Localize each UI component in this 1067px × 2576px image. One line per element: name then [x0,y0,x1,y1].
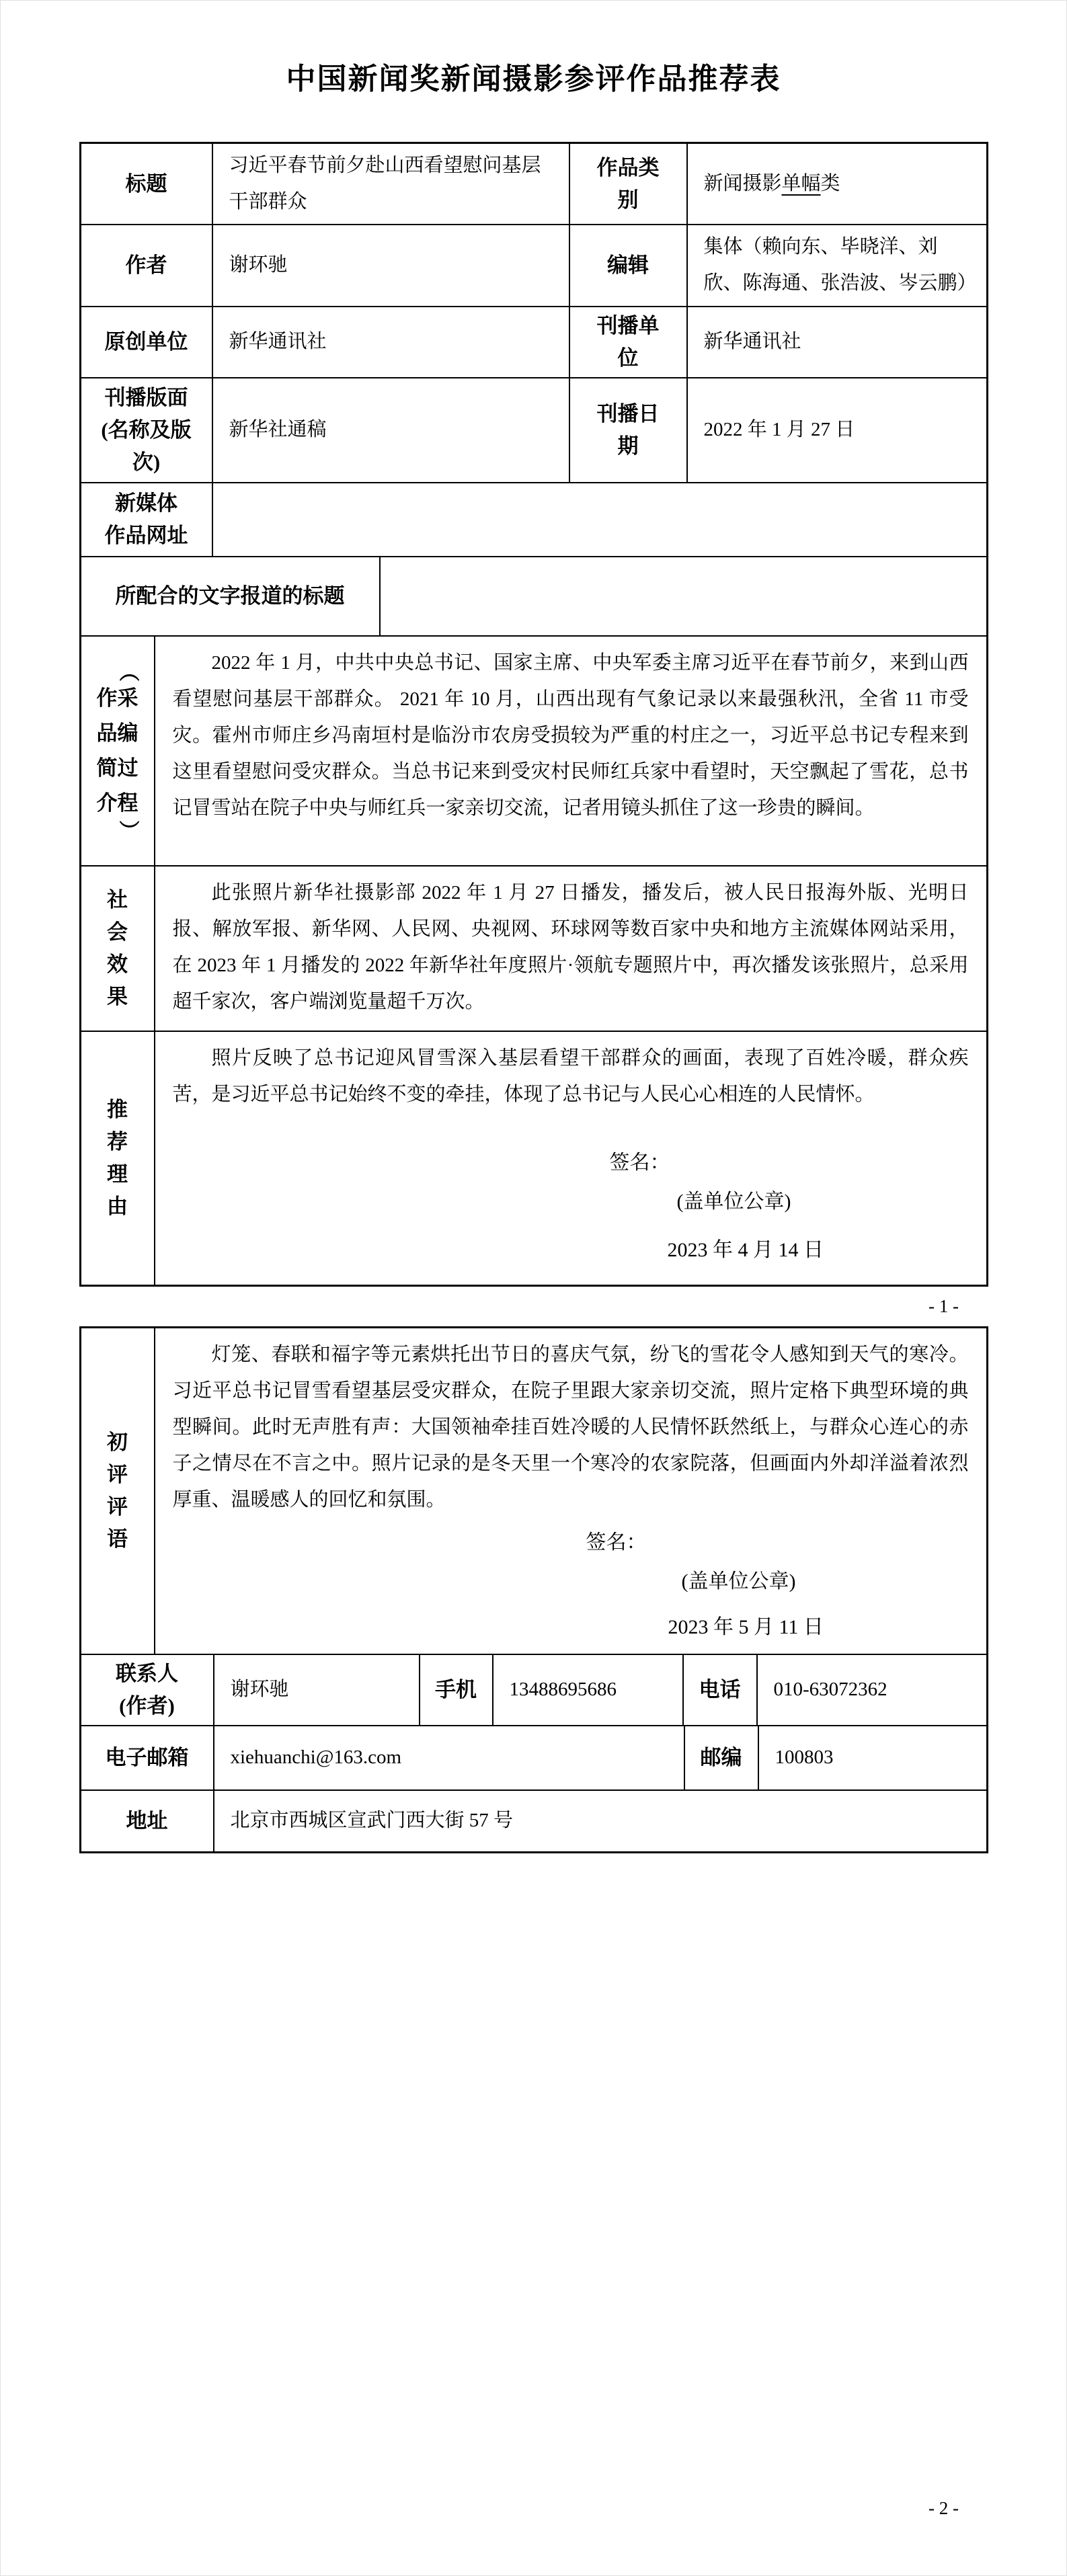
table-row: 地址 北京市西城区宣武门西大街 57 号 [81,1789,986,1851]
seal-note: (盖单位公章) [610,1182,969,1221]
review-signature-block: 签名： (盖单位公章) 2023 年 5 月 11 日 [586,1523,969,1647]
editor-label: 编辑 [570,225,688,305]
table-row: 新媒体 作品网址 [81,482,986,556]
review-table: 初 评 评 语 灯笼、春联和福字等元素烘托出节日的喜庆气氛，纷飞的雪花令人感知到… [79,1326,988,1853]
table-row: 作者 谢环驰 编辑 集体（赖向东、毕晓洋、刘欣、陈海通、张浩波、岑云鹏） [81,224,986,305]
title-value: 习近平春节前夕赴山西看望慰问基层干部群众 [213,144,570,224]
phone-value: 010-63072362 [758,1655,986,1725]
recommend-reason-label: 推 荐 理 由 [81,1032,155,1285]
intro-label-main: 作 品 简 介 [97,681,118,821]
category-label: 作品类 别 [570,144,688,224]
editor-value: 集体（赖向东、毕晓洋、刘欣、陈海通、张浩波、岑云鹏） [688,225,986,305]
layout-label: 刊播版面 (名称及版 次) [81,378,213,482]
publish-date-label: 刊播日 期 [570,378,688,482]
publish-org-label: 刊播单 位 [570,307,688,377]
table-row: 标题 习近平春节前夕赴山西看望慰问基层干部群众 作品类 别 新闻摄影 单幅 类 [81,144,986,224]
table-row: 原创单位 新华通讯社 刊播单 位 新华通讯社 [81,306,986,377]
signature-label: 签名： [586,1523,969,1562]
table-row: 社 会 效 果 此张照片新华社摄影部 2022 年 1 月 27 日播发，播发后… [81,865,986,1031]
email-value: xiehuanchi@163.com [214,1726,685,1789]
author-label: 作者 [81,225,213,305]
recommend-signature-block: 签名： (盖单位公章) 2023 年 4 月 14 日 [610,1143,969,1270]
new-media-url-value [213,483,986,556]
mobile-value: 13488695686 [493,1655,684,1725]
postcode-value: 100803 [759,1726,986,1789]
address-value: 北京市西城区宣武门西大街 57 号 [214,1791,986,1851]
intro-text: 2022 年 1 月，中共中央总书记、国家主席、中央军委主席习近平在春节前夕，来… [173,645,969,826]
table-row: 初 评 评 语 灯笼、春联和福字等元素烘托出节日的喜庆气氛，纷飞的雪花令人感知到… [81,1328,986,1654]
text-report-title-value [381,557,986,635]
social-effect-label: 社 会 效 果 [81,867,155,1031]
postcode-label: 邮编 [685,1726,759,1789]
page-number-2: - 2 - [1,2498,1066,2519]
original-org-value: 新华通讯社 [213,307,570,377]
recommend-reason-text: 照片反映了总书记迎风冒雪深入基层看望干部群众的画面，表现了百姓冷暖，群众疾苦，是… [173,1040,969,1113]
table-row: 联系人 (作者) 谢环驰 手机 13488695686 电话 010-63072… [81,1654,986,1725]
social-effect-content: 此张照片新华社摄影部 2022 年 1 月 27 日播发，播发后，被人民日报海外… [155,867,986,1031]
initial-review-label: 初 评 评 语 [81,1328,155,1654]
seal-note: (盖单位公章) [586,1562,969,1601]
table-row: 所配合的文字报道的标题 [81,556,986,635]
intro-vertical-label: 作 品 简 介 （ 采 编 过 程 ） [97,662,139,840]
phone-label: 电话 [684,1655,758,1725]
publish-date-value: 2022 年 1 月 27 日 [688,378,986,482]
text-report-title-label: 所配合的文字报道的标题 [81,557,381,635]
review-date: 2023 年 5 月 11 日 [586,1608,969,1647]
open-paren-glyph: （ [118,661,137,682]
close-paren-glyph: ） [118,820,137,840]
page-title: 中国新闻奖新闻摄影参评作品推荐表 [1,54,1066,97]
intro-label-paren-text: 采 编 过 程 [118,681,139,821]
new-media-url-label: 新媒体 作品网址 [81,483,213,556]
mobile-label: 手机 [420,1655,493,1725]
social-effect-text: 此张照片新华社摄影部 2022 年 1 月 27 日播发，播发后，被人民日报海外… [173,875,969,1020]
email-label: 电子邮箱 [81,1726,214,1789]
category-underlined: 单幅 [782,166,821,202]
intro-label-paren-column: （ 采 编 过 程 ） [118,662,139,840]
entry-table: 标题 习近平春节前夕赴山西看望慰问基层干部群众 作品类 别 新闻摄影 单幅 类 … [79,142,988,1287]
table-row: 推 荐 理 由 照片反映了总书记迎风冒雪深入基层看望干部群众的画面，表现了百姓冷… [81,1031,986,1285]
title-label: 标题 [81,144,213,224]
table-row: 电子邮箱 xiehuanchi@163.com 邮编 100803 [81,1725,986,1789]
original-org-label: 原创单位 [81,307,213,377]
recommend-date: 2023 年 4 月 14 日 [610,1231,969,1270]
address-label: 地址 [81,1791,214,1851]
page-number-1: - 1 - [1,1296,1066,1317]
layout-value: 新华社通稿 [213,378,570,482]
contact-person-value: 谢环驰 [214,1655,420,1725]
document-page: { "header": { "title": "中国新闻奖新闻摄影参评作品推荐表… [0,0,1067,2576]
signature-label: 签名： [610,1143,969,1182]
table-row: 刊播版面 (名称及版 次) 新华社通稿 刊播日 期 2022 年 1 月 27 … [81,377,986,482]
initial-review-content: 灯笼、春联和福字等元素烘托出节日的喜庆气氛，纷飞的雪花令人感知到天气的寒冷。习近… [155,1328,986,1654]
publish-org-value: 新华通讯社 [688,307,986,377]
category-prefix: 新闻摄影 [704,166,782,202]
category-suffix: 类 [821,166,840,202]
intro-label: 作 品 简 介 （ 采 编 过 程 ） [81,637,155,865]
initial-review-text: 灯笼、春联和福字等元素烘托出节日的喜庆气氛，纷飞的雪花令人感知到天气的寒冷。习近… [173,1336,969,1518]
author-value: 谢环驰 [213,225,570,305]
category-value: 新闻摄影 单幅 类 [688,144,986,224]
recommend-reason-content: 照片反映了总书记迎风冒雪深入基层看望干部群众的画面，表现了百姓冷暖，群众疾苦，是… [155,1032,986,1285]
table-row: 作 品 简 介 （ 采 编 过 程 ） 2022 年 1 月，中共中央总书记、国… [81,635,986,865]
intro-content: 2022 年 1 月，中共中央总书记、国家主席、中央军委主席习近平在春节前夕，来… [155,637,986,865]
contact-person-label: 联系人 (作者) [81,1655,214,1725]
